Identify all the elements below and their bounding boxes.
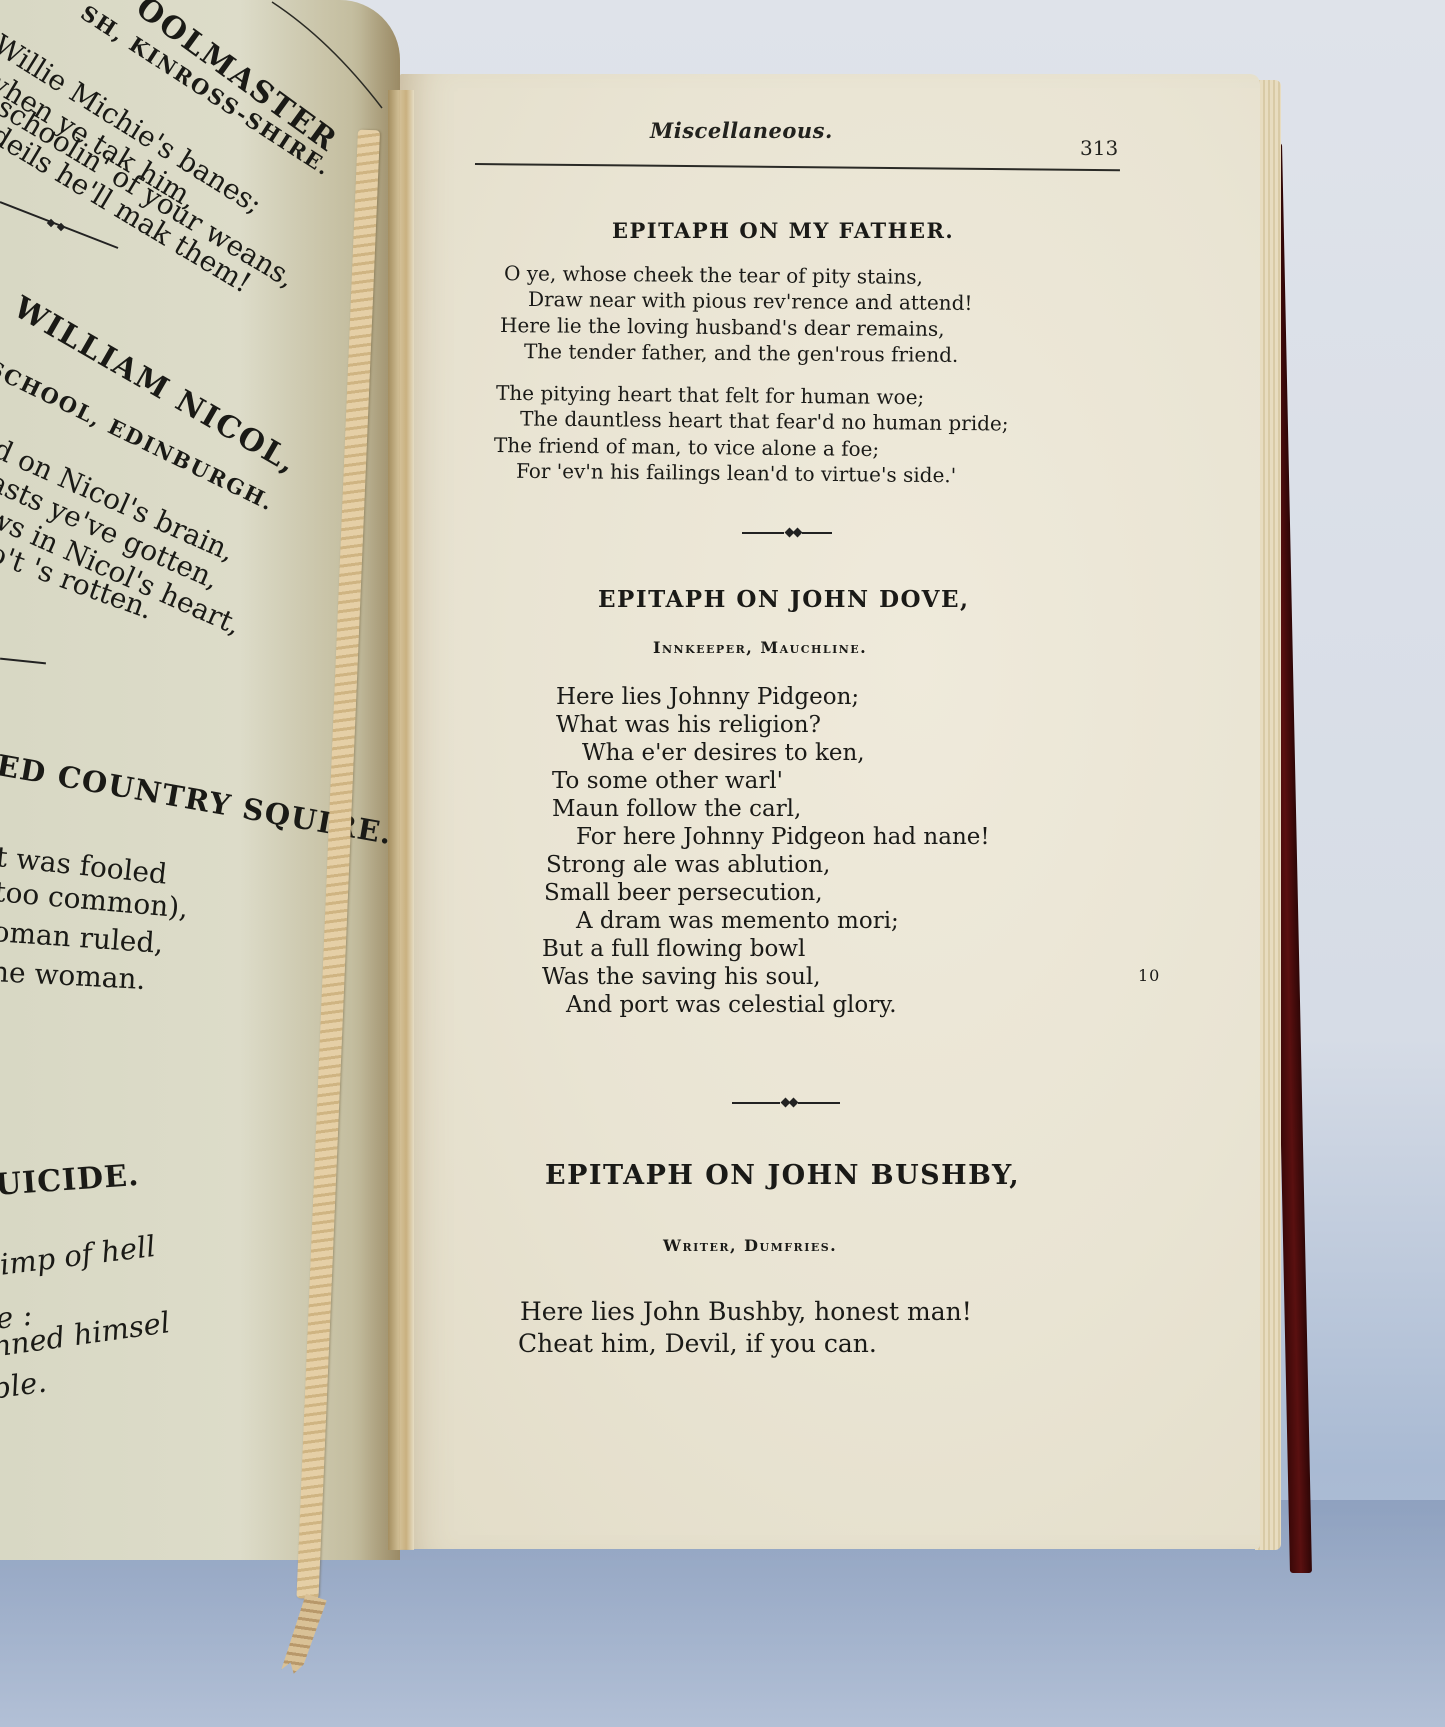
poem-1-title: EPITAPH ON MY FATHER. xyxy=(612,218,954,243)
poem-1-line-8: For 'ev'n his failings lean'd to virtue'… xyxy=(516,458,956,489)
poem-2-line-9: A dram was memento mori; xyxy=(576,908,899,936)
poem-2-line-10: But a full flowing bowl xyxy=(542,936,805,964)
poem-2-line-11: Was the saving his soul, xyxy=(542,964,821,992)
page-number: 313 xyxy=(1080,136,1118,160)
poem-2-subtitle: Innkeeper, Mauchline. xyxy=(653,638,867,657)
left-rule-2 xyxy=(0,658,46,665)
poem-2-line-7: Strong ale was ablution, xyxy=(546,852,830,880)
section-ornament-1 xyxy=(742,528,834,538)
poem-1-line-4: The tender father, and the gen'rous frie… xyxy=(524,338,959,368)
poem-2-line-8: Small beer persecution, xyxy=(544,880,823,908)
line-number-marker: 10 xyxy=(1138,966,1160,985)
left-verse-4-line-1: imp of hell xyxy=(0,1229,157,1282)
poem-1-line-6: The dauntless heart that fear'd no human… xyxy=(520,405,1009,436)
left-heading-4: UICIDE. xyxy=(0,1158,141,1203)
poem-2-line-4: To some other warl' xyxy=(552,768,783,796)
poem-2-line-12: And port was celestial glory. xyxy=(566,992,897,1020)
poem-1-line-2: Draw near with pious rev'rence and atten… xyxy=(528,286,973,316)
poem-1-line-3: Here lie the loving husband's dear remai… xyxy=(500,312,945,342)
section-ornament-2 xyxy=(732,1098,842,1108)
running-head: Miscellaneous. xyxy=(650,118,833,143)
poem-2-line-5: Maun follow the carl, xyxy=(552,796,801,824)
poem-3-subtitle: Writer, Dumfries. xyxy=(663,1236,837,1255)
poem-2-line-3: Wha e'er desires to ken, xyxy=(582,740,865,768)
poem-2-line-6: For here Johnny Pidgeon had nane! xyxy=(576,824,990,852)
book-gutter xyxy=(388,90,414,1550)
left-ornament-1 xyxy=(0,200,120,260)
poem-1-line-1: O ye, whose cheek the tear of pity stain… xyxy=(504,260,923,290)
poem-3-line-1: Here lies John Bushby, honest man! xyxy=(520,1298,972,1326)
poem-3-title: EPITAPH ON JOHN BUSHBY, xyxy=(545,1160,1020,1191)
left-verse-3-line-3: oman ruled, xyxy=(0,915,164,960)
poem-2-line-2: What was his religion? xyxy=(556,712,821,740)
poem-2-title: EPITAPH ON JOHN DOVE, xyxy=(598,586,970,613)
poem-3-line-2: Cheat him, Devil, if you can. xyxy=(518,1330,877,1358)
left-verse-4-line-4: ble. xyxy=(0,1364,48,1405)
poem-2-line-1: Here lies Johnny Pidgeon; xyxy=(556,684,859,712)
left-verse-3-line-4: he woman. xyxy=(0,955,146,996)
